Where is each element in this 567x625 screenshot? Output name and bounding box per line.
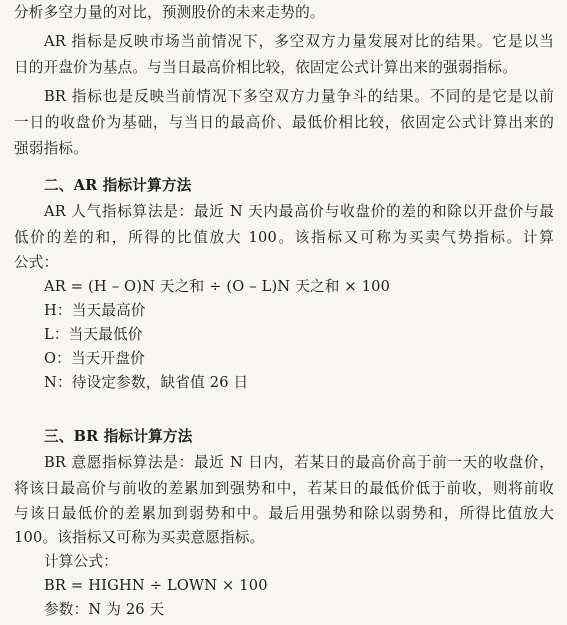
section-2-heading: 二、AR 指标计算方法 xyxy=(44,176,191,196)
section-3-body-line-4: 100。该指标又可称为买卖意愿指标。 xyxy=(14,528,264,548)
ar-desc-line-2: 日的开盘价为基点。与当日最高价相比较，依固定公式计算出来的强弱指标。 xyxy=(14,58,517,78)
br-desc-line-1: BR 指标也是反映当前情况下多空双方力量争斗的结果。不同的是它是以前 xyxy=(44,87,554,107)
br-desc-line-3: 强弱指标。 xyxy=(14,139,88,159)
section-3-body-line-2: 将该日最高价与前收的差累加到强势和中，若某日的最低价低于前收，则将前收 xyxy=(14,479,554,499)
br-formula-label: 计算公式： xyxy=(44,552,118,572)
section-3-heading: 三、BR 指标计算方法 xyxy=(44,427,193,447)
br-desc-line-2: 一日的收盘价为基础，与当日的最高价、最低价相比较，依固定公式计算出来的 xyxy=(14,113,554,133)
ar-desc-line-1: AR 指标是反映市场当前情况下，多空双方力量发展对比的结果。它是以当 xyxy=(44,32,554,52)
definition-o: O：当天开盘价 xyxy=(44,349,145,369)
br-formula: BR = HIGHN ÷ LOWN × 100 xyxy=(44,576,268,596)
definition-n: N：待设定参数，缺省值 26 日 xyxy=(44,373,248,393)
section-3-body-line-3: 与该日最低价的差累加到弱势和中。最后用强势和除以弱势和，所得比值放大 xyxy=(14,504,554,524)
definition-l: L：当天最低价 xyxy=(44,325,143,345)
definition-h: H：当天最高价 xyxy=(44,301,146,321)
ar-formula: AR = (H – O)N 天之和 ÷ (O – L)N 天之和 × 100 xyxy=(44,277,390,297)
section-2-body-line-3: 公式： xyxy=(14,253,58,273)
intro-tail-line: 分析多空力量的对比，预测股价的未来走势的。 xyxy=(14,3,325,23)
section-2-body-line-2: 低价的差的和，所得的比值放大 100。该指标又可称为买卖气势指标。计算 xyxy=(14,228,554,248)
section-3-body-line-1: BR 意愿指标算法是：最近 N 日内，若某日的最高价高于前一天的收盘价， xyxy=(44,453,554,473)
document-page: 分析多空力量的对比，预测股价的未来走势的。 AR 指标是反映市场当前情况下，多空… xyxy=(0,0,567,625)
section-2-body-line-1: AR 人气指标算法是：最近 N 天内最高价与收盘价的差的和除以开盘价与最 xyxy=(44,202,554,222)
br-parameter: 参数：N 为 26 天 xyxy=(44,600,164,620)
